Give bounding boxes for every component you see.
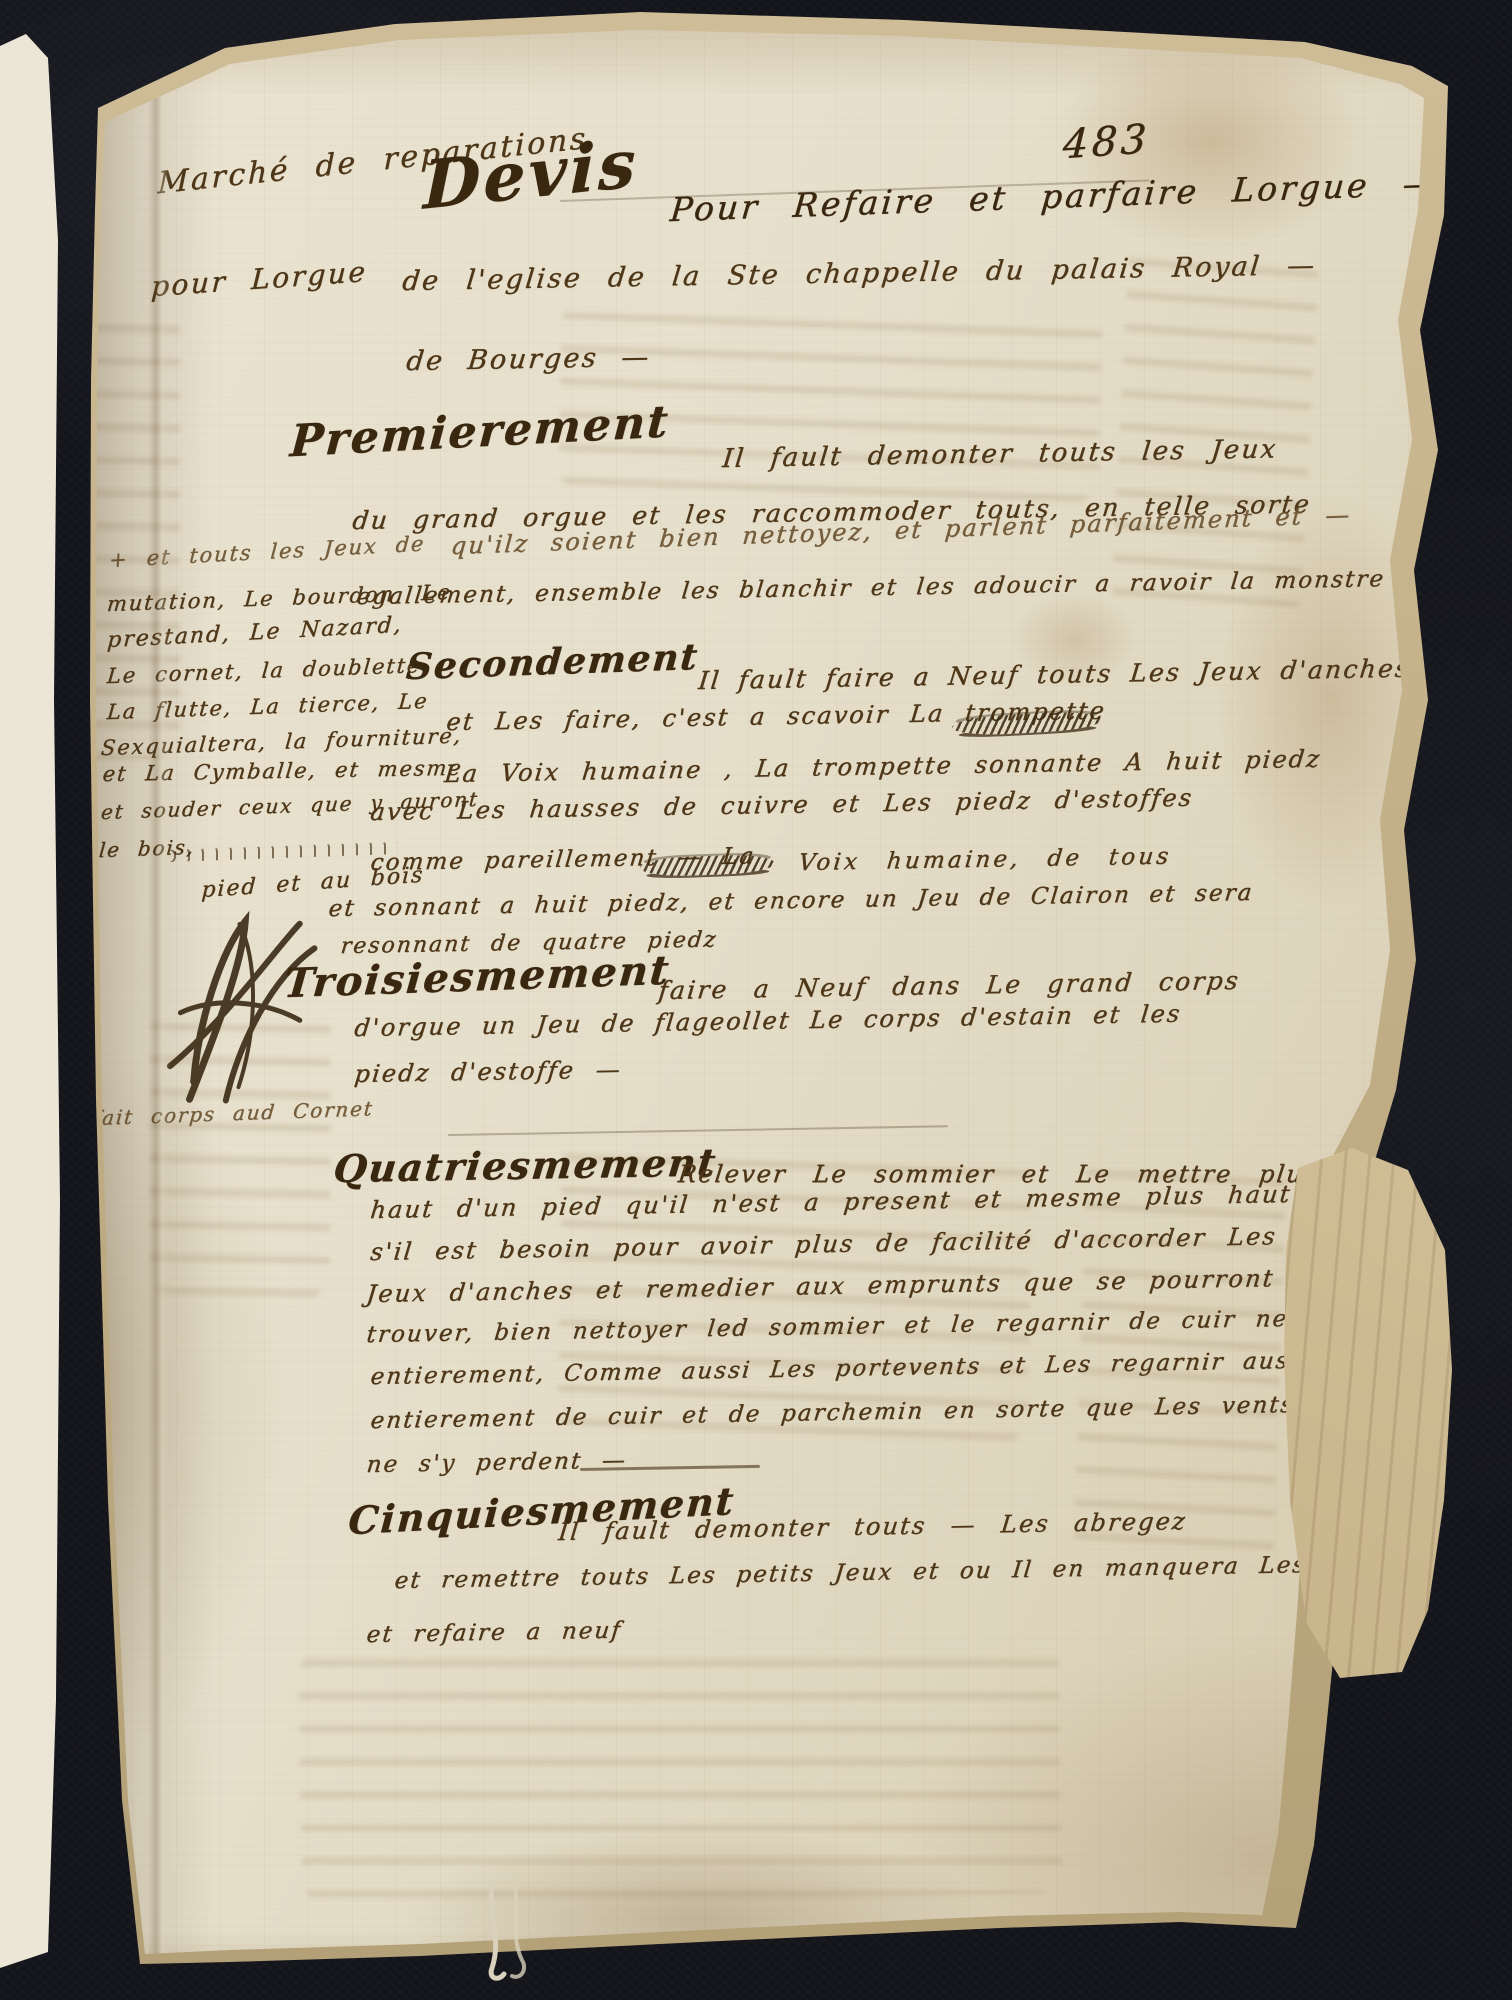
secondement-line7: resonnant de quatre piedz	[339, 927, 718, 959]
margin-stops-line6: Sexquialtera, la fourniture,	[100, 723, 463, 760]
ink-bleedthrough	[150, 1000, 330, 1300]
margin-stops-line7: et La Cymballe, et mesme	[101, 756, 463, 786]
ink-bleedthrough	[558, 295, 1101, 504]
ink-bleedthrough	[298, 1633, 1062, 1906]
pen-stroke	[448, 1125, 948, 1136]
margin-stops-line5: La flutte, La tierce, Le	[106, 689, 430, 724]
crossed-out-word	[952, 710, 1103, 737]
pen-stroke	[560, 179, 1150, 202]
secondement-line4: avec Les hausses de cuivre et Les piedz …	[369, 784, 1195, 826]
margin-stops-line3: prestand, Le Nazard,	[106, 613, 403, 654]
title-word-devis: Devis	[423, 123, 639, 224]
secondement-line5a: comme pareillement — La	[369, 843, 756, 876]
margin-note-title-line1: Marché de reparations	[157, 121, 588, 201]
manuscript-page: 483 Marché de reparations pour Lorgue De…	[0, 0, 1512, 2000]
margin-note-title-line2: pour Lorgue	[150, 255, 368, 303]
premierement-line4: egallement, ensemble les blanchir et les…	[355, 565, 1426, 610]
troisiesmement-line2: d'orgue un Jeu de flageollet Le corps d'…	[353, 1000, 1183, 1042]
quatriesmement-line8: ne s'y perdent —	[365, 1447, 628, 1478]
section-word-quatriesmement: Quatriesmement	[331, 1139, 719, 1191]
secondement-line6: et sonnant a huit piedz, et encore un Je…	[327, 880, 1254, 922]
secondement-line1: Il fault faire a Neuf touts Les Jeux d'a…	[697, 654, 1412, 695]
quatriesmement-line4: Jeux d'anches et remedier aux emprunts q…	[365, 1264, 1276, 1308]
troisiesmement-line1: faire a Neuf dans Le grand corps	[657, 966, 1242, 1005]
paper-stains	[0, 0, 1512, 2000]
ink-bleedthrough	[557, 1136, 1032, 1444]
quatriesmement-line2: haut d'un pied qu'il n'est a present et …	[369, 1180, 1293, 1224]
title-line2: de l'eglise de la Ste chappelle du palai…	[401, 250, 1318, 297]
quatriesmement-line7: entierement de cuir et de parchemin en s…	[369, 1392, 1296, 1434]
section-word-troisiesmement: Troisiesmement	[282, 947, 672, 1008]
title-line3: de Bourges —	[405, 342, 653, 377]
cinquiesmement-line3: et refaire a neuf	[365, 1618, 623, 1649]
ink-bleedthrough	[60, 300, 180, 760]
crossed-out-word	[640, 854, 776, 878]
premierement-line3: qu'ilz soient bien nettoyez, et parlent …	[450, 501, 1353, 561]
deletion-squiggle	[168, 842, 398, 862]
margin-stops-line8: et souder ceux que y auront	[100, 787, 480, 824]
margin-stops-line9: le bois,	[98, 835, 196, 862]
premierement-line1: Il fault demonter touts les Jeux	[721, 434, 1279, 474]
cinquiesmement-line2: et remettre touts Les petits Jeux et ou …	[393, 1552, 1307, 1594]
secondement-line5b: Voix humaine, de tous	[797, 843, 1172, 876]
binding-thread	[462, 1876, 572, 1986]
quatriesmement-line3: s'il est besoin pour avoir plus de facil…	[369, 1222, 1278, 1266]
margin-stops-line4: Le cornet, la doublette	[106, 653, 422, 688]
cinquiesmement-line1: Il fault demonter touts — Les abregez	[557, 1507, 1188, 1546]
secondement-line3: La Voix humaine , La trompette sonnante …	[443, 745, 1323, 788]
ink-bleedthrough	[1073, 1147, 1288, 1574]
quatriesmement-line6: entierement, Comme aussi Les portevents …	[369, 1348, 1314, 1390]
section-word-secondement: Secondement	[404, 636, 700, 688]
title-line1: Pour Refaire et parfaire Lorgue —	[669, 163, 1441, 229]
margin-note-pieds: pied et au bois	[201, 862, 425, 903]
secondement-line2: et Les faire, c'est a scavoir La trompet…	[445, 696, 1107, 736]
quatriesmement-line5: trouver, bien nettoyer led sommier et le…	[365, 1305, 1317, 1348]
margin-stops-line2: mutation, Le bourdon, Le	[106, 580, 453, 616]
margin-note-cornet: fait corps aud Cornet	[92, 1096, 375, 1130]
book-scan: { "manuscript": { "page_number": "483", …	[0, 0, 1512, 2000]
folio-number: 483	[1062, 116, 1151, 168]
pen-stroke	[580, 1465, 760, 1471]
quatriesmement-line1: Relever Le sommier et Le mettre plus	[677, 1160, 1321, 1188]
ink-bleedthrough	[1110, 235, 1320, 624]
troisiesmement-line3: piedz d'estoffe —	[353, 1055, 623, 1088]
margin-stops-line1: + et touts les Jeux de	[108, 531, 426, 572]
section-word-cinquiesmement: Cinquiesmement	[347, 1478, 737, 1543]
section-word-premierement: Premierement	[288, 396, 671, 467]
notary-paraph-icon	[142, 899, 346, 1112]
premierement-line2: du grand orgue et les raccommoder touts,…	[351, 489, 1313, 535]
